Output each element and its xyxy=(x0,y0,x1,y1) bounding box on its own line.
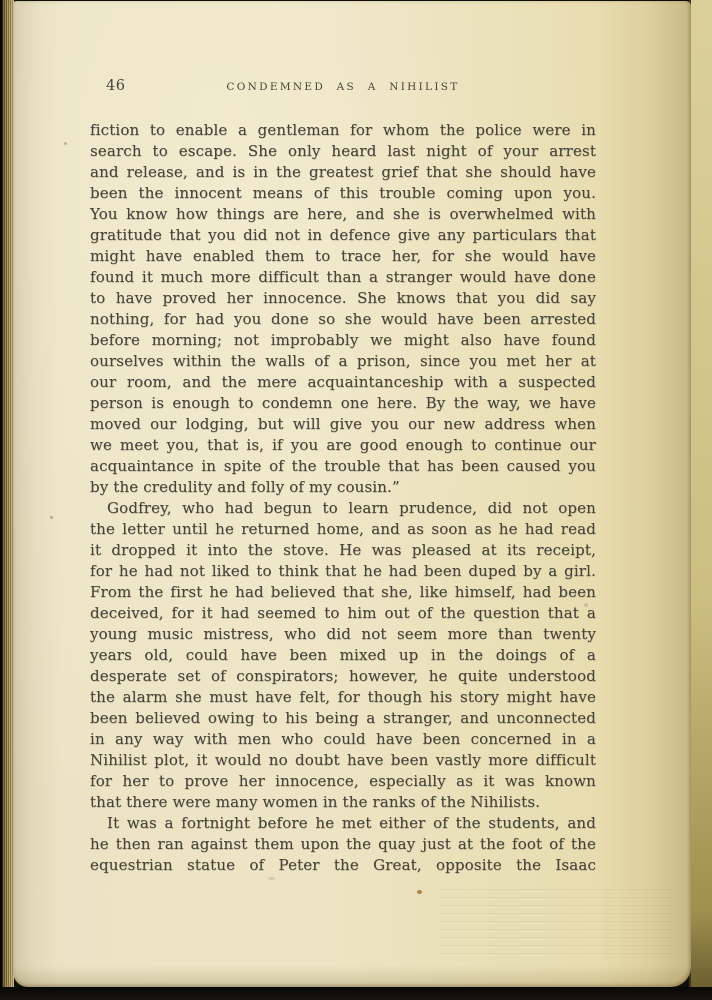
paper-speck xyxy=(268,877,275,880)
text-line: our room, and the mere acquaintanceship … xyxy=(90,372,596,393)
text-line: might have enabled them to trace her, fo… xyxy=(90,246,596,267)
page-stack-impressions xyxy=(438,889,673,961)
text-line: to have proved her innocence. She knows … xyxy=(90,288,596,309)
underlying-pages-edge xyxy=(689,0,712,990)
text-line: been believed owing to his being a stran… xyxy=(90,708,596,729)
text-line: search to escape. She only heard last ni… xyxy=(90,141,596,162)
text-line: by the credulity and folly of my cousin.… xyxy=(90,477,596,498)
text-line: the alarm she must have felt, for though… xyxy=(90,687,596,708)
text-line: that there were many women in the ranks … xyxy=(90,792,596,813)
paper-speck xyxy=(584,603,588,607)
text-line: It was a fortnight before he met either … xyxy=(90,813,596,834)
text-line: ourselves within the walls of a prison, … xyxy=(90,351,596,372)
text-line: Godfrey, who had begun to learn prudence… xyxy=(90,498,596,519)
page-header: 46 CONDEMNED AS A NIHILIST xyxy=(90,78,596,95)
page-stack-left-edge xyxy=(0,0,14,1000)
body-text: fiction to enable a gentleman for whom t… xyxy=(90,120,596,876)
text-line: he then ran against them upon the quay j… xyxy=(90,834,596,855)
paper-speck xyxy=(64,142,67,145)
text-line: moved our lodging, but will give you our… xyxy=(90,414,596,435)
book-scan: 46 CONDEMNED AS A NIHILIST fiction to en… xyxy=(0,0,712,1000)
text-line: been the innocent means of this trouble … xyxy=(90,183,596,204)
paper-speck xyxy=(50,516,53,519)
running-header: CONDEMNED AS A NIHILIST xyxy=(90,78,596,96)
text-line: years old, could have been mixed up in t… xyxy=(90,645,596,666)
text-line: person is enough to condemn one here. By… xyxy=(90,393,596,414)
text-line: You know how things are here, and she is… xyxy=(90,204,596,225)
text-line: it dropped it into the stove. He was ple… xyxy=(90,540,596,561)
text-line: found it much more difficult than a stra… xyxy=(90,267,596,288)
text-line: for her to prove her innocence, especial… xyxy=(90,771,596,792)
text-line: equestrian statue of Peter the Great, op… xyxy=(90,855,596,876)
bottom-shadow xyxy=(0,987,712,1000)
text-line: for he had not liked to think that he ha… xyxy=(90,561,596,582)
text-line: From the first he had believed that she,… xyxy=(90,582,596,603)
text-line: acquaintance in spite of the trouble tha… xyxy=(90,456,596,477)
text-line: deceived, for it had seemed to him out o… xyxy=(90,603,596,624)
text-line: the letter until he returned home, and a… xyxy=(90,519,596,540)
text-line: and release, and is in the greatest grie… xyxy=(90,162,596,183)
text-line: Nihilist plot, it would no doubt have be… xyxy=(90,750,596,771)
book-page: 46 CONDEMNED AS A NIHILIST fiction to en… xyxy=(13,1,691,987)
text-line: before morning; not improbably we might … xyxy=(90,330,596,351)
text-line: desperate set of conspirators; however, … xyxy=(90,666,596,687)
text-line: we meet you, that is, if you are good en… xyxy=(90,435,596,456)
text-line: young music mistress, who did not seem m… xyxy=(90,624,596,645)
page-number: 46 xyxy=(106,78,125,95)
text-line: gratitude that you did not in defence gi… xyxy=(90,225,596,246)
paper-speck xyxy=(417,890,422,894)
text-line: in any way with men who could have been … xyxy=(90,729,596,750)
text-line: nothing, for had you done so she would h… xyxy=(90,309,596,330)
text-line: fiction to enable a gentleman for whom t… xyxy=(90,120,596,141)
